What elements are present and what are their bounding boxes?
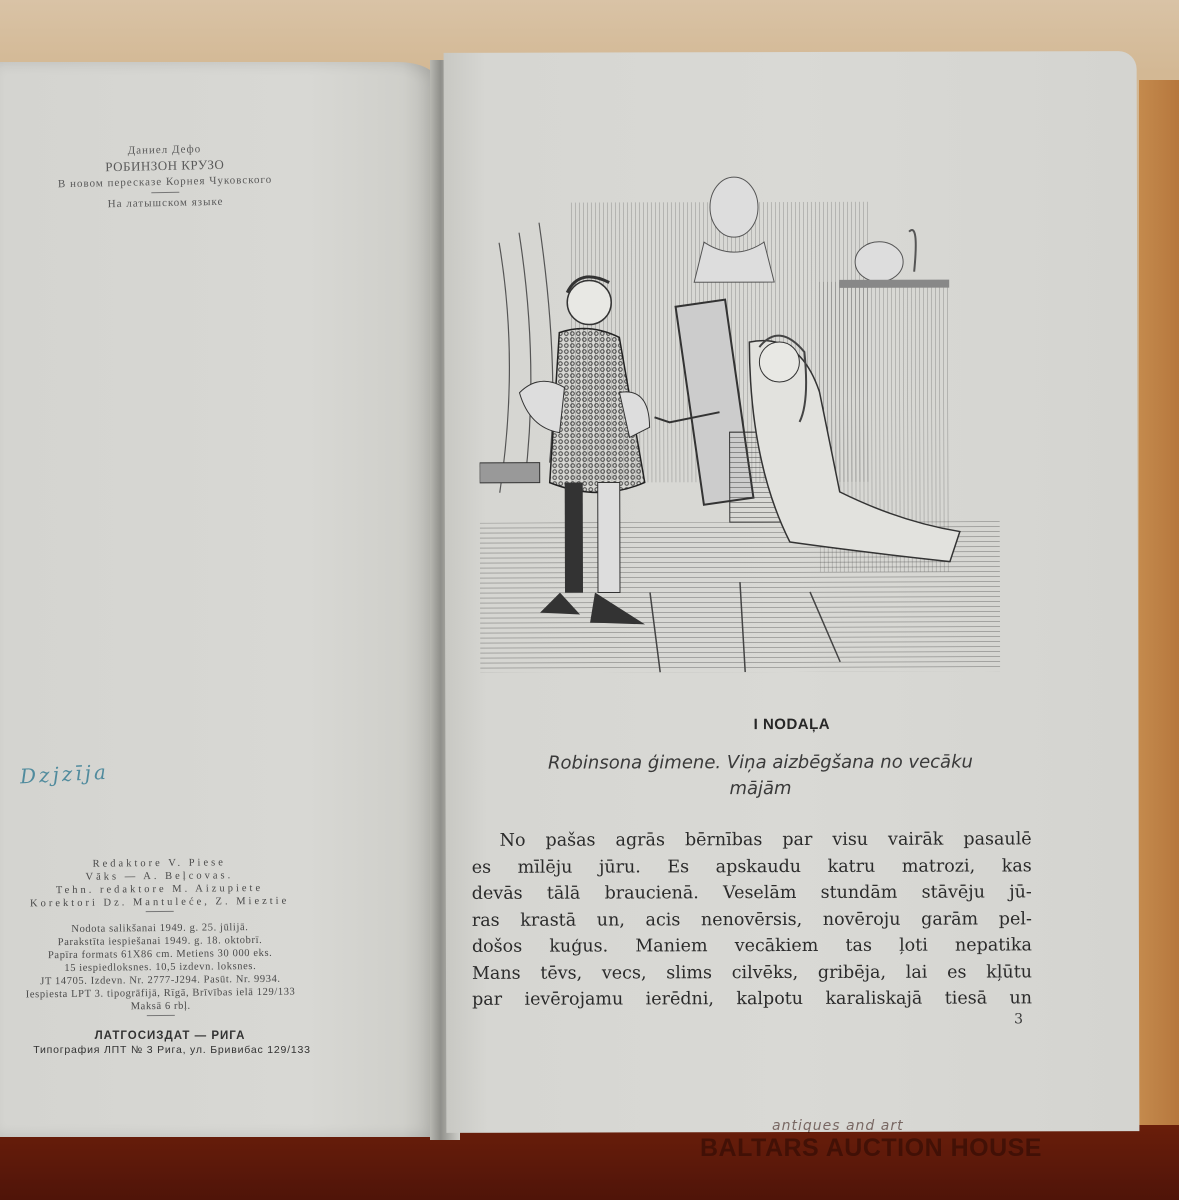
text-line: devās tālā braucienā. Veselām stundām st… [472, 879, 1032, 907]
divider [151, 192, 179, 194]
page-number: 3 [1014, 1011, 1023, 1027]
printer-address: Типография ЛПТ № 3 Рига, ул. Бривибас 12… [0, 1044, 352, 1056]
wooden-table-edge [1139, 80, 1179, 1130]
divider [146, 911, 174, 912]
chapter-subtitle: Robinsona ģimene. Viņa aizbēgšana no vec… [485, 749, 1035, 802]
text-line: ras krastā un, acis nenovērsis, novēroju… [472, 906, 1032, 934]
text-line: par ievērojamu ierēdni, kalpotu karalisk… [472, 985, 1032, 1013]
language-note: На латышском языке [20, 192, 310, 214]
chapter-subtitle-line-1: Robinsona ģimene. Viņa aizbēgšana no vec… [485, 749, 1035, 776]
body-paragraph: No pašas agrās bērnības par visu vairāk … [472, 826, 1032, 1013]
publisher-name: ЛАТГОСИЗДАТ — РИГА [0, 1030, 340, 1042]
left-page: Даниел Дефо РОБИНЗОН КРУЗО В новом перес… [0, 62, 438, 1137]
right-page: I NODAĻA Robinsona ģimene. Viņa aizbēgša… [444, 51, 1140, 1133]
text-line: Mans tēvs, vecs, slims cilvēks, gribēja,… [472, 959, 1032, 987]
colophon-header: Даниел Дефо РОБИНЗОН КРУЗО В новом перес… [19, 139, 310, 214]
chapter-subtitle-line-2: mājām [485, 775, 1035, 802]
text-line: došos kuģus. Maniem vecākiem tas ļoti ne… [472, 932, 1032, 960]
handwritten-signature: Dzjzīja [19, 760, 109, 789]
auction-house-watermark: antiques and art BALTARS AUCTION HOUSE [700, 1118, 1120, 1178]
chapter-title: I NODAĻA [445, 715, 1138, 734]
text-line: es mīlēju jūru. Es apskaudu katru matroz… [472, 853, 1032, 881]
engraving-illustration [479, 161, 1000, 672]
text-line: No pašas agrās bērnības par visu vairāk … [472, 826, 1032, 854]
divider [147, 1015, 175, 1016]
credit-proofreaders: Korektori Dz. Mantuleće, Z. Mieztie [0, 894, 330, 911]
watermark-brand: BALTARS AUCTION HOUSE [700, 1134, 1042, 1163]
watermark-tagline: antiques and art [772, 1118, 904, 1134]
credits-block: Redaktore V. Piese Vāks — A. Beļcovas. T… [0, 855, 331, 1020]
